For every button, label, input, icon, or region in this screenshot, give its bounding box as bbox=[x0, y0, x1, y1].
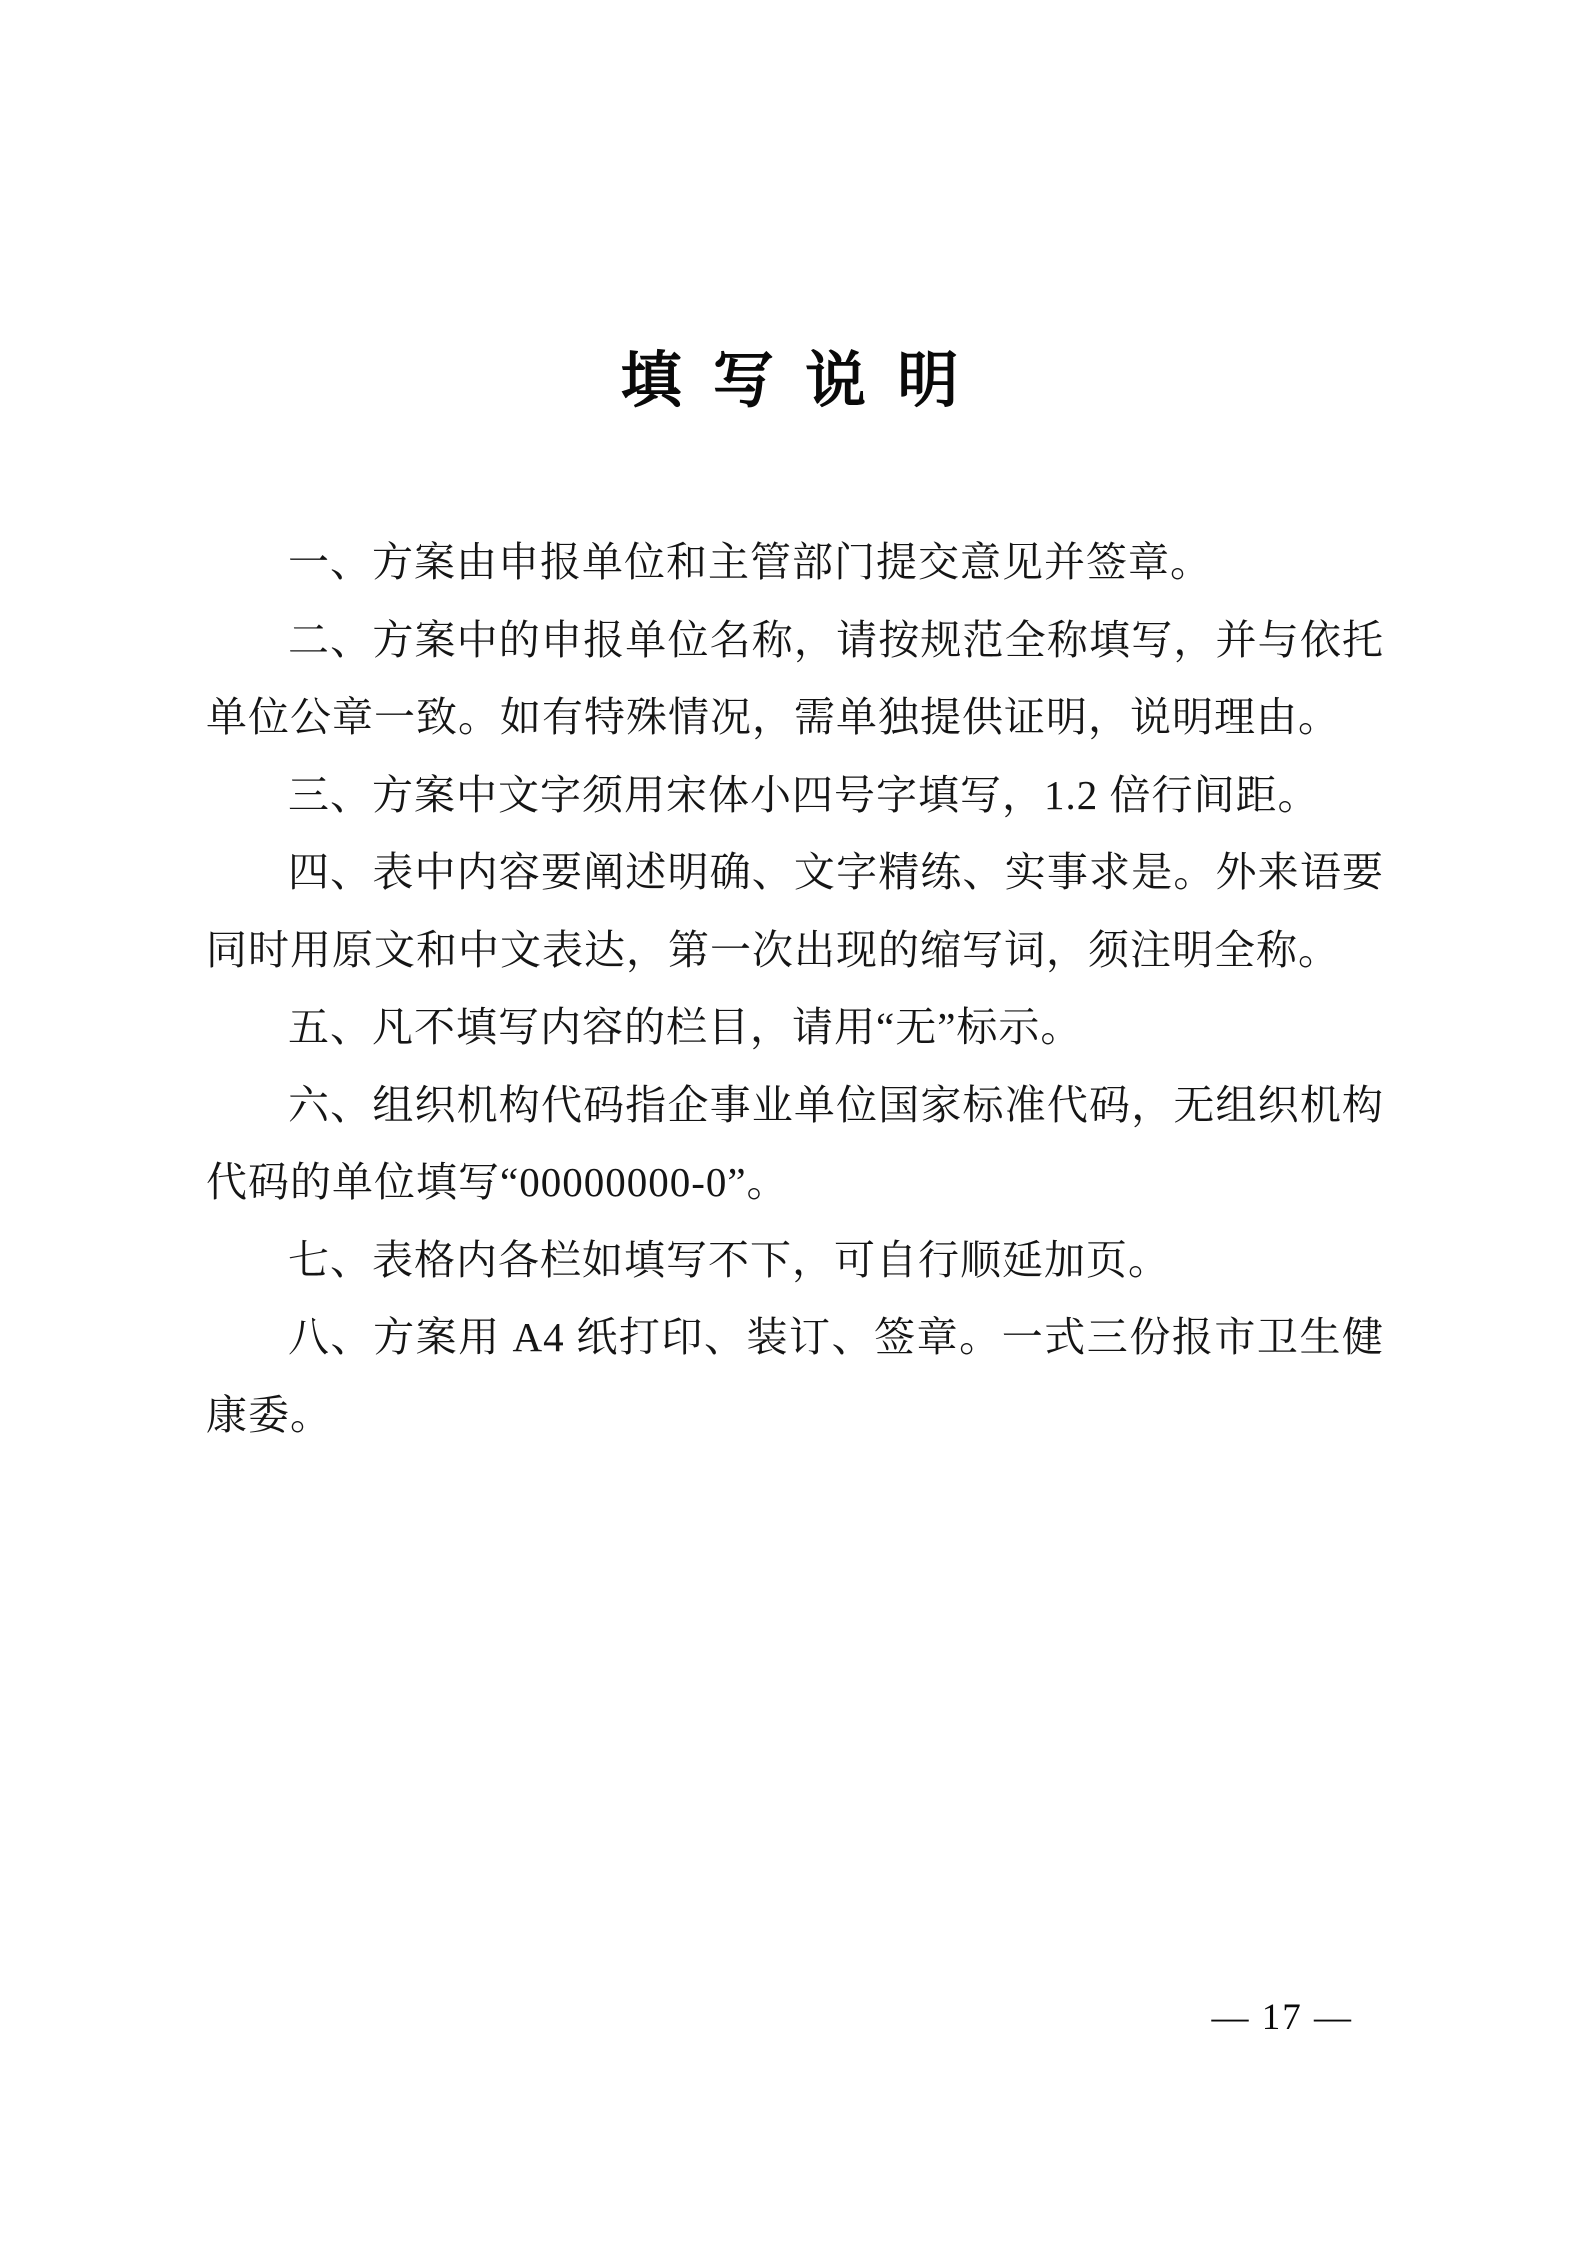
instruction-paragraph-5: 五、凡不填写内容的栏目，请用“无”标示。 bbox=[206, 989, 1384, 1067]
instructions-body: 一、方案由申报单位和主管部门提交意见并签章。 二、方案中的申报单位名称，请按规范… bbox=[206, 524, 1384, 1454]
instruction-paragraph-4: 四、表中内容要阐述明确、文字精练、实事求是。外来语要同时用原文和中文表达，第一次… bbox=[206, 834, 1384, 989]
instruction-paragraph-3: 三、方案中文字须用宋体小四号字填写，1.2 倍行间距。 bbox=[206, 757, 1384, 835]
instruction-paragraph-8: 八、方案用 A4 纸打印、装订、签章。一式三份报市卫生健康委。 bbox=[206, 1299, 1384, 1454]
instruction-paragraph-2: 二、方案中的申报单位名称，请按规范全称填写，并与依托单位公章一致。如有特殊情况，… bbox=[206, 602, 1384, 757]
instruction-paragraph-1: 一、方案由申报单位和主管部门提交意见并签章。 bbox=[206, 524, 1384, 602]
document-page: 填 写 说 明 一、方案由申报单位和主管部门提交意见并签章。 二、方案中的申报单… bbox=[0, 0, 1587, 2245]
instruction-paragraph-6: 六、组织机构代码指企事业单位国家标准代码，无组织机构代码的单位填写“000000… bbox=[206, 1067, 1384, 1222]
instruction-paragraph-7: 七、表格内各栏如填写不下，可自行顺延加页。 bbox=[206, 1222, 1384, 1300]
page-title: 填 写 说 明 bbox=[0, 350, 1587, 414]
page-number: — 17 — bbox=[1212, 1998, 1354, 2039]
